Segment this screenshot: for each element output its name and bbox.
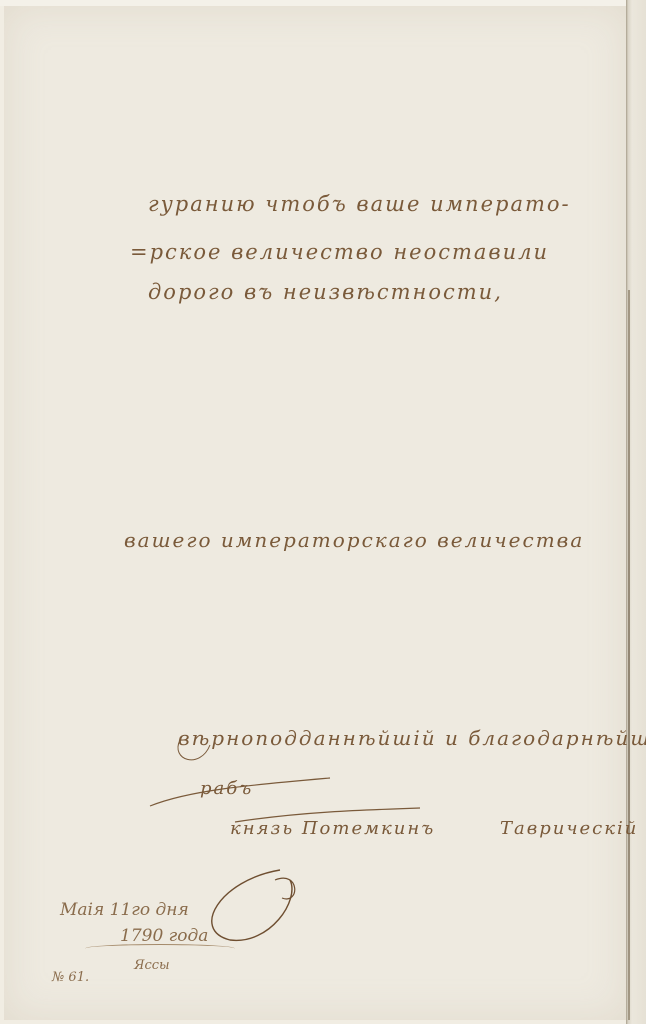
signature-flourish-icon (0, 0, 646, 1024)
dateline-flourish (85, 944, 235, 953)
dateline-year: 1790 года (120, 926, 208, 946)
dateline-place: Яссы (134, 958, 170, 973)
document-number: № 61. (52, 970, 89, 985)
dateline-date: Маія 11го дня (60, 900, 189, 920)
